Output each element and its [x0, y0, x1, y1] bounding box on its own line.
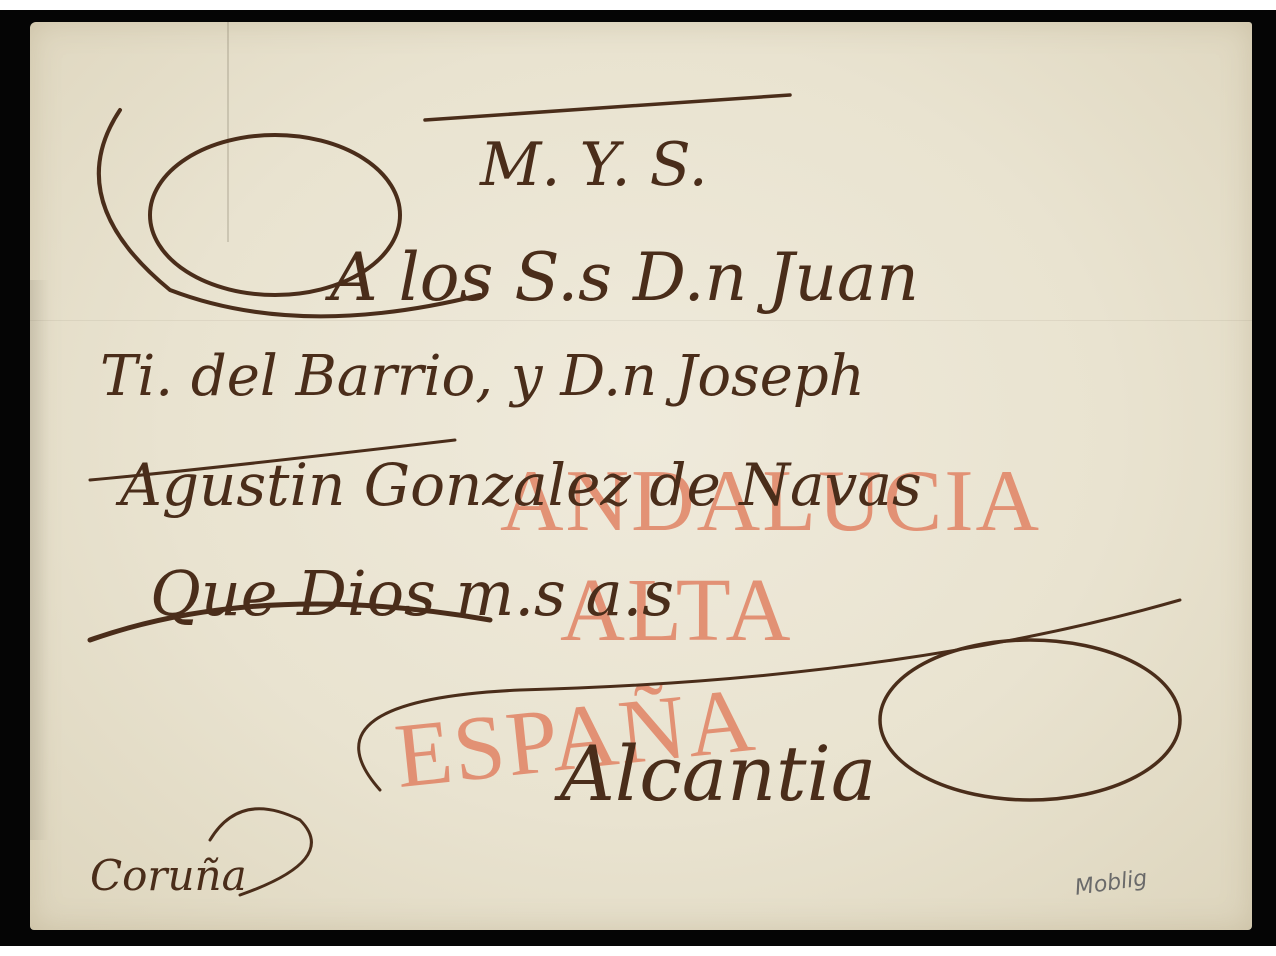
flourish-oval — [880, 640, 1180, 800]
expert-signature: Moblig — [1073, 866, 1148, 901]
letter-photo: ANDALUCIA ALTA ESPAÑA M. Y. S. A los S.s… — [0, 0, 1276, 956]
address-line4: Agustin Gonzalez de Navas — [115, 451, 922, 519]
address-line1: M. Y. S. — [479, 130, 708, 200]
address-line2: A los S.s D.n Juan — [324, 239, 919, 316]
address-line5: Que Dios m.s a.s — [150, 557, 674, 630]
origin-note: Coruña — [90, 851, 247, 900]
strike-line — [425, 95, 790, 120]
address-line6: Alcantia — [554, 729, 876, 818]
letter-content: ANDALUCIA ALTA ESPAÑA M. Y. S. A los S.s… — [0, 0, 1276, 956]
address-line3: Ti. del Barrio, y D.n Joseph — [100, 344, 865, 409]
